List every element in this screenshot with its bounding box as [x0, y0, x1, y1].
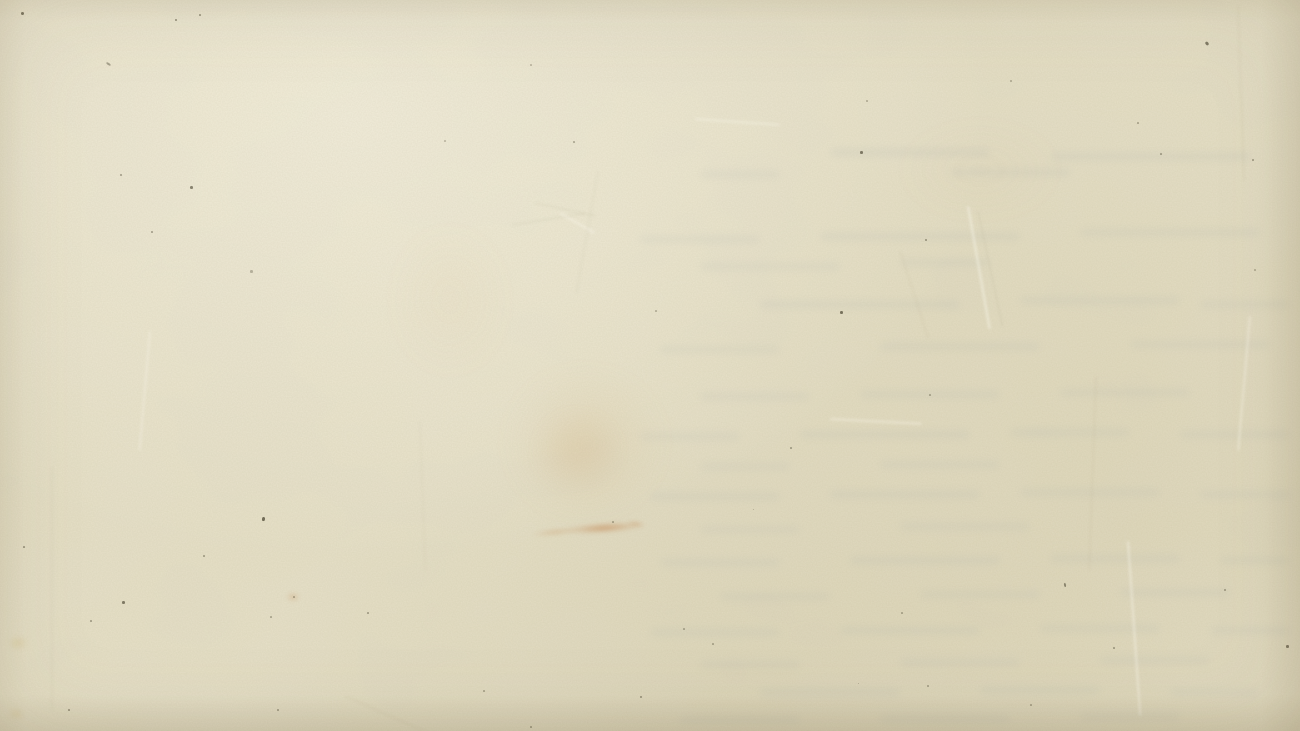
paper-grain-texture	[0, 0, 1300, 731]
aged-paper-page	[0, 0, 1300, 731]
